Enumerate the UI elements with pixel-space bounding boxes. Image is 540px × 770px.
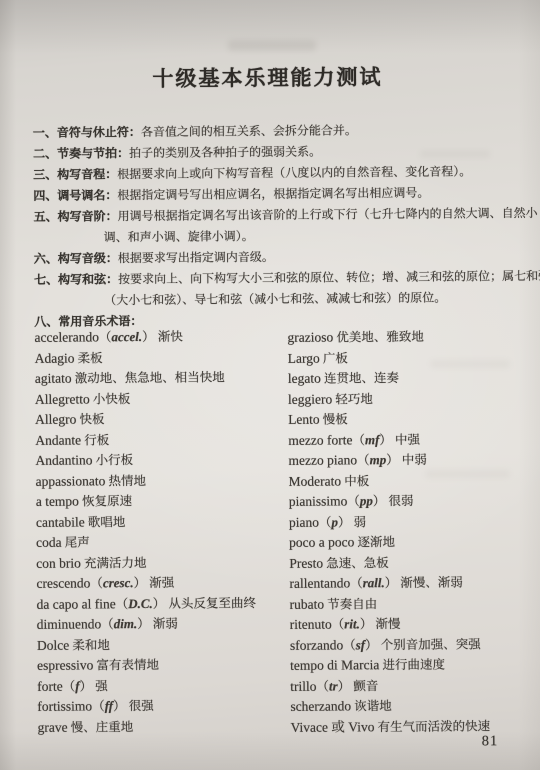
term-name: Dolce <box>37 637 69 652</box>
term-name: Moderato <box>289 473 342 488</box>
term-meaning: 从头反复至曲终 <box>165 596 256 611</box>
outline-item-label: 四、调号调名： <box>33 188 117 203</box>
term-row: diminuendo（dim.） 渐弱 <box>37 613 289 635</box>
term-meaning: 渐强 <box>146 576 174 590</box>
term-row: leggiero 轻巧地 <box>288 387 540 409</box>
term-name: a tempo <box>36 494 79 509</box>
term-meaning: 很弱 <box>385 494 413 508</box>
term-row: appassionato 热情地 <box>36 469 288 491</box>
term-row: fortissimo（ff） 很强 <box>37 695 289 717</box>
term-row: scherzando 诙谐地 <box>290 695 540 717</box>
outline-item-label: 五、构写音阶： <box>33 209 117 224</box>
term-meaning: 渐慢、渐弱 <box>397 575 463 590</box>
term-name: grazioso <box>287 330 333 345</box>
term-name: coda <box>36 535 62 550</box>
term-name: Allegretto <box>35 391 90 406</box>
page-number: 81 <box>482 733 499 750</box>
term-row: espressivo 富有表情地 <box>37 654 289 676</box>
term-name: Andante <box>35 432 81 447</box>
term-abbreviation: （p） <box>319 515 351 529</box>
term-meaning: 充满活力地 <box>81 555 147 570</box>
term-meaning: 渐快 <box>155 330 183 344</box>
term-name: pianissimo <box>289 493 348 508</box>
term-name: Largo <box>288 350 320 365</box>
term-meaning: 柔和地 <box>69 638 110 652</box>
terms-column-left: accelerando（accel.） 渐快Adagio 柔板agitato 激… <box>34 326 289 738</box>
term-row: forte（f） 强 <box>37 674 289 696</box>
term-meaning: 恢复原速 <box>79 494 132 508</box>
term-name: cantabile <box>36 514 85 529</box>
term-meaning: 尾声 <box>62 535 90 549</box>
term-row: ritenuto（rit.） 渐慢 <box>290 613 540 635</box>
term-row: a tempo 恢复原速 <box>36 490 288 512</box>
term-name: piano <box>289 514 319 529</box>
term-row: grave 慢、庄重地 <box>37 715 289 737</box>
term-meaning: 连贯地、连奏 <box>321 371 399 386</box>
term-row: crescendo（cresc.） 渐强 <box>36 572 288 594</box>
terms-column-right: grazioso 优美地、雅致地Largo 广板legato 连贯地、连奏leg… <box>287 326 540 738</box>
term-name: mezzo forte <box>288 432 352 448</box>
term-name: da capo al fine <box>37 596 116 612</box>
outline-item-text: 按要求向上、向下构写大小三和弦的原位、转位；增、减三和弦的原位；属七和弦 <box>118 269 540 286</box>
term-meaning: 歌唱地 <box>85 515 126 529</box>
term-name: con brio <box>36 555 81 570</box>
term-abbreviation: （pp） <box>347 494 385 508</box>
term-abbreviation: （D.C.） <box>116 596 166 610</box>
term-meaning: 慢板 <box>320 412 348 426</box>
term-name: ritenuto <box>290 617 332 632</box>
term-abbreviation: （rit.） <box>332 617 373 631</box>
term-row: sforzando（sf） 个别音加强、突强 <box>290 633 540 655</box>
term-row: coda 尾声 <box>36 531 288 553</box>
term-meaning: 优美地、雅致地 <box>333 330 424 345</box>
outline-item: 七、构写和弦：按要求向上、向下构写大小三和弦的原位、转位；增、减三和弦的原位；属… <box>34 266 534 291</box>
term-row: Andante 行板 <box>35 428 287 450</box>
term-name: poco a poco <box>289 534 354 550</box>
term-meaning: 激动地、焦急地、相当快地 <box>72 370 225 385</box>
term-name: scherzando <box>290 698 351 713</box>
term-row: tempo di Marcia 进行曲速度 <box>290 654 540 676</box>
term-row: mezzo piano（mp） 中弱 <box>288 449 540 471</box>
term-row: poco a poco 逐渐地 <box>289 531 540 553</box>
page-content: 十级基本乐理能力测试 一、音符与休止符：各音值之间的相互关系、会拆分能合并。二、… <box>0 0 540 770</box>
term-meaning: 诙谐地 <box>351 699 392 713</box>
term-meaning: 强 <box>92 679 108 693</box>
term-meaning: 快板 <box>76 412 104 426</box>
term-meaning: 个别音加强、突强 <box>378 637 481 652</box>
term-name: rubato <box>290 596 325 611</box>
term-name: crescendo <box>36 575 90 590</box>
term-row: Moderato 中板 <box>289 469 540 491</box>
term-abbreviation: （cresc.） <box>90 576 146 590</box>
term-meaning: 中强 <box>392 432 420 446</box>
term-meaning: 很强 <box>126 699 154 713</box>
term-meaning: 有生气而活泼的快速 <box>374 719 490 734</box>
term-meaning: 弱 <box>350 515 366 529</box>
term-name: tempo di Marcia <box>290 657 379 673</box>
term-abbreviation: （f） <box>63 679 92 693</box>
term-name: fortissimo <box>37 698 92 713</box>
term-row: agitato 激动地、焦急地、相当快地 <box>35 367 287 389</box>
term-row: mezzo forte（mf） 中强 <box>288 428 540 450</box>
outline-item-label: 七、构写和弦： <box>34 272 118 287</box>
outline-item-text: 拍子的类别及各种拍子的强弱关系。 <box>129 145 321 161</box>
term-name: agitato <box>35 371 72 386</box>
term-name: legato <box>288 371 321 386</box>
outline-item: 三、构写音程：根据要求向上或向下构写音程（八度以内的自然音程、变化音程）。 <box>33 161 533 186</box>
term-name: trillo <box>290 678 316 693</box>
page-title: 十级基本乐理能力测试 <box>0 60 538 94</box>
numbered-list: 一、音符与休止符：各音值之间的相互关系、会拆分能合并。二、节奏与节拍：拍子的类别… <box>33 119 535 333</box>
term-row: Largo 广板 <box>288 346 540 368</box>
term-abbreviation: （dim.） <box>101 617 150 631</box>
term-meaning: 慢、庄重地 <box>67 720 133 735</box>
term-row: grazioso 优美地、雅致地 <box>287 326 539 348</box>
term-row: piano（p） 弱 <box>289 510 540 532</box>
term-row: Andantino 小行板 <box>35 449 287 471</box>
term-meaning: 富有表情地 <box>93 658 159 673</box>
outline-item: 五、构写音阶：用调号根据指定调名写出该音阶的上行或下行（七升七降内的自然大调、自… <box>33 203 533 228</box>
term-meaning: 进行曲速度 <box>379 658 445 673</box>
term-meaning: 颤音 <box>350 679 378 693</box>
term-name: diminuendo <box>37 616 102 632</box>
term-meaning: 广板 <box>320 351 348 365</box>
term-meaning: 行板 <box>81 433 109 447</box>
term-name: grave <box>38 719 68 734</box>
term-abbreviation: （tr） <box>316 679 350 693</box>
term-row: Lento 慢板 <box>288 408 540 430</box>
term-name: Vivace 或 Vivo <box>291 719 375 735</box>
term-abbreviation: （accel.） <box>99 330 155 344</box>
term-name: sforzando <box>290 637 343 652</box>
term-name: Andantino <box>35 452 92 467</box>
term-row: Allegretto 小快板 <box>35 387 287 409</box>
term-meaning: 中板 <box>341 474 369 488</box>
term-row: da capo al fine（D.C.） 从头反复至曲终 <box>37 592 289 614</box>
term-abbreviation: （sf） <box>343 638 378 652</box>
term-meaning: 渐慢 <box>372 617 400 631</box>
outline-item-text: 用调号根据指定调名写出该音阶的上行或下行（七升七降内的自然大调、自然小 <box>118 206 538 223</box>
term-abbreviation: （mf） <box>352 433 392 447</box>
term-name: rallentando <box>289 575 350 590</box>
term-row: con brio 充满活力地 <box>36 551 288 573</box>
term-row: Allegro 快板 <box>35 408 287 430</box>
term-row: Dolce 柔和地 <box>37 633 289 655</box>
term-meaning: 轻巧地 <box>332 392 373 406</box>
term-name: appassionato <box>36 473 106 489</box>
outline-item-label: 一、音符与休止符： <box>33 125 141 140</box>
term-row: legato 连贯地、连奏 <box>288 367 540 389</box>
term-meaning: 热情地 <box>105 473 146 487</box>
book-page-photo: 十级基本乐理能力测试 一、音符与休止符：各音值之间的相互关系、会拆分能合并。二、… <box>0 0 540 770</box>
outline-item-text: 各音值之间的相互关系、会拆分能合并。 <box>141 123 357 139</box>
outline-item-text: 根据要求写出指定调内音级。 <box>118 250 274 265</box>
term-row: cantabile 歌唱地 <box>36 510 288 532</box>
outline-item-label: 三、构写音程： <box>33 167 117 182</box>
term-name: forte <box>37 678 63 693</box>
term-row: Presto 急速、急板 <box>289 551 540 573</box>
term-name: leggiero <box>288 391 332 406</box>
term-meaning: 柔板 <box>74 351 102 365</box>
term-row: Vivace 或 Vivo 有生气而活泼的快速 <box>290 715 540 737</box>
term-abbreviation: （mp） <box>357 453 399 467</box>
term-name: Allegro <box>35 412 76 427</box>
term-meaning: 节奏自由 <box>324 597 377 611</box>
term-name: accelerando <box>34 329 99 345</box>
term-name: Presto <box>289 555 323 570</box>
term-name: Adagio <box>35 350 75 365</box>
term-abbreviation: （ff） <box>92 699 126 713</box>
outline-item-label: 二、节奏与节拍： <box>33 146 129 161</box>
term-name: Lento <box>288 412 320 427</box>
term-row: Adagio 柔板 <box>35 346 287 368</box>
term-row: rallentando（rall.） 渐慢、渐弱 <box>289 572 540 594</box>
term-name: espressivo <box>37 657 93 672</box>
term-abbreviation: （rall.） <box>350 576 397 590</box>
term-meaning: 渐弱 <box>150 617 178 631</box>
term-name: mezzo piano <box>288 452 357 468</box>
term-row: rubato 节奏自由 <box>290 592 540 614</box>
outline-item-text: 根据指定调号写出相应调名，根据指定调名写出相应调号。 <box>117 186 429 202</box>
term-row: trillo（tr） 颤音 <box>290 674 540 696</box>
outline-item-text: 根据要求向上或向下构写音程（八度以内的自然音程、变化音程）。 <box>117 164 471 181</box>
term-meaning: 急速、急板 <box>323 556 389 571</box>
term-meaning: 小行板 <box>92 453 133 467</box>
outline-item-label: 六、构写音级： <box>34 251 118 266</box>
term-meaning: 逐渐地 <box>354 535 395 549</box>
term-row: pianissimo（pp） 很弱 <box>289 490 540 512</box>
term-row: accelerando（accel.） 渐快 <box>34 326 286 348</box>
term-meaning: 中弱 <box>399 453 427 467</box>
term-meaning: 小快板 <box>90 392 131 406</box>
